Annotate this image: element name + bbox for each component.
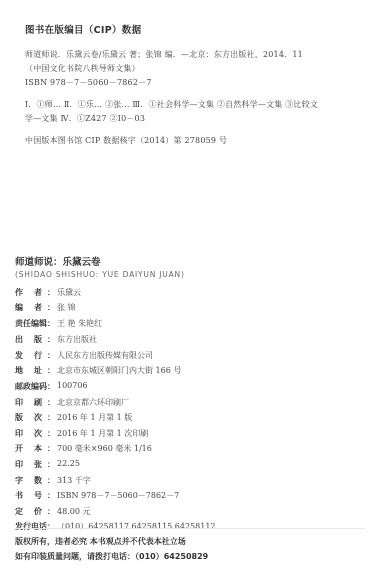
info-value: 2016 年 1 月第 1 版 xyxy=(57,412,132,423)
info-label: 印张： xyxy=(15,459,55,470)
info-value: 王 艳 朱艳红 xyxy=(57,318,102,329)
info-label: 书号： xyxy=(15,490,55,501)
info-row: 出版：东方出版社 xyxy=(15,334,97,345)
info-value: 22.25 xyxy=(57,459,80,470)
info-label: 编者： xyxy=(15,302,55,313)
info-row: 开本：700 毫米×960 毫米 1/16 xyxy=(15,443,152,454)
book-title: 师道师说：乐黛云卷 xyxy=(15,254,101,268)
divider xyxy=(15,528,365,529)
info-row: 印次：2016 年 1 月第 1 次印刷 xyxy=(15,428,148,439)
info-value: 700 毫米×960 毫米 1/16 xyxy=(57,443,152,454)
info-label: 字数： xyxy=(15,475,55,486)
info-value: ISBN 978－7－5060－7862－7 xyxy=(57,490,179,501)
info-value: 东方出版社 xyxy=(57,334,97,345)
info-row: 定价：48.00 元 xyxy=(15,506,90,517)
info-label: 版次： xyxy=(15,412,55,423)
info-label: 地址： xyxy=(15,365,55,376)
info-value: 48.00 元 xyxy=(57,506,90,517)
cip-citation: 师道师说．乐黛云卷/乐黛云 著；张锦 编．—北京：东方出版社，2014．11 xyxy=(25,49,303,60)
cip-isbn: ISBN 978－7－5060－7862－7 xyxy=(25,77,152,88)
info-label: 发行电话： xyxy=(15,521,55,532)
quality-contact: 如有印装质量问题，请拨打电话：（010）64250829 xyxy=(15,551,208,562)
info-value: 100706 xyxy=(57,381,88,392)
info-value: （010）64258117 64258115 64258112 xyxy=(57,521,216,532)
info-row: 印刷：北京京都六环印刷厂 xyxy=(15,397,129,408)
info-row: 编者：张 锦 xyxy=(15,302,76,313)
info-value: 乐黛云 xyxy=(57,287,81,298)
info-row: 字数：313 千字 xyxy=(15,475,91,486)
cip-heading: 图书在版编目（CIP）数据 xyxy=(25,22,141,36)
info-row: 邮政编码：100706 xyxy=(15,381,88,392)
info-row: 书号：ISBN 978－7－5060－7862－7 xyxy=(15,490,179,501)
info-value: 张 锦 xyxy=(57,302,76,313)
info-value: 313 千字 xyxy=(57,475,91,486)
info-value: 北京京都六环印刷厂 xyxy=(57,397,129,408)
info-label: 邮政编码： xyxy=(15,381,55,392)
cip-series: （中国文化书院八秩导师文集） xyxy=(25,63,140,74)
info-label: 责任编辑： xyxy=(15,318,55,329)
info-label: 印次： xyxy=(15,428,55,439)
info-label: 出版： xyxy=(15,334,55,345)
cip-record-number: 中国版本图书馆 CIP 数据核字（2014）第 278059 号 xyxy=(25,135,227,146)
info-label: 开本： xyxy=(15,443,55,454)
info-row: 地址：北京市东城区朝阳门内大街 166 号 xyxy=(15,365,181,376)
cip-subjects-line2: 学—文集 Ⅳ．①Z427 ②I0－03 xyxy=(25,113,145,124)
info-row: 印张：22.25 xyxy=(15,459,80,470)
info-label: 定价： xyxy=(15,506,55,517)
info-row: 责任编辑：王 艳 朱艳红 xyxy=(15,318,102,329)
info-row: 作者：乐黛云 xyxy=(15,287,81,298)
info-value: 2016 年 1 月第 1 次印刷 xyxy=(57,428,148,439)
book-title-pinyin: (SHIDAO SHISHUO: YUE DAIYUN JUAN) xyxy=(15,270,185,279)
info-row: 版次：2016 年 1 月第 1 版 xyxy=(15,412,132,423)
info-row: 发行电话：（010）64258117 64258115 64258112 xyxy=(15,521,216,532)
info-label: 发行： xyxy=(15,350,55,361)
info-value: 人民东方出版传媒有限公司 xyxy=(57,350,153,361)
copyright-notice: 版权所有，违者必究 本书观点并不代表本社立场 xyxy=(15,536,186,547)
info-label: 作者： xyxy=(15,287,55,298)
cip-subjects-line1: Ⅰ．①师… Ⅱ．①乐… ②张… Ⅲ．①社会科学—文集 ②自然科学—文集 ③比较文 xyxy=(25,99,318,110)
copyright-page: 图书在版编目（CIP）数据 师道师说．乐黛云卷/乐黛云 著；张锦 编．—北京：东… xyxy=(0,0,375,579)
info-row: 发行：人民东方出版传媒有限公司 xyxy=(15,350,153,361)
info-label: 印刷： xyxy=(15,397,55,408)
info-value: 北京市东城区朝阳门内大街 166 号 xyxy=(57,365,181,376)
